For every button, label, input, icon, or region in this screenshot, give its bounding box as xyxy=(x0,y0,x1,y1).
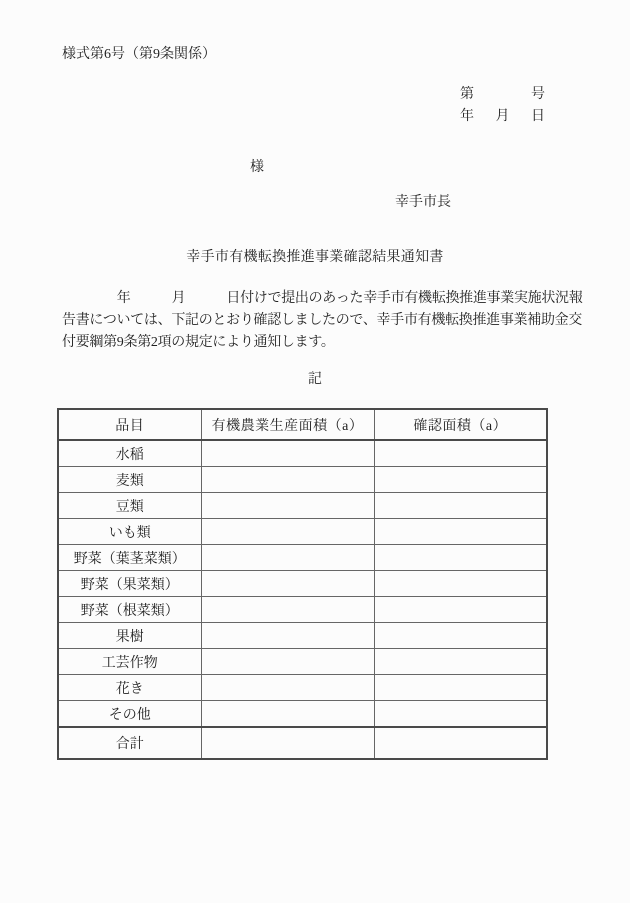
item-cell: その他 xyxy=(58,701,201,728)
production-area-cell xyxy=(201,701,374,728)
confirmed-area-cell xyxy=(374,727,547,759)
confirmed-area-cell xyxy=(374,519,547,545)
confirmed-area-cell xyxy=(374,493,547,519)
confirmed-area-cell xyxy=(374,467,547,493)
confirmed-area-cell xyxy=(374,701,547,728)
production-area-cell xyxy=(201,493,374,519)
table-header-row: 品目 有機農業生産面積（a） 確認面積（a） xyxy=(58,409,547,440)
recipient-honorific: 様 xyxy=(250,156,264,176)
item-cell: 野菜（根菜類） xyxy=(58,597,201,623)
body-line: 告書については、下記のとおり確認しましたので、幸手市有機転換推進事業補助金交 xyxy=(62,310,582,332)
production-area-cell xyxy=(201,727,374,759)
table-row: 野菜（葉茎菜類） xyxy=(58,545,547,571)
production-area-cell xyxy=(201,467,374,493)
record-marker: 記 xyxy=(0,368,630,388)
table-row: 豆類 xyxy=(58,493,547,519)
production-area-cell xyxy=(201,545,374,571)
item-cell: いも類 xyxy=(58,519,201,545)
header-confirmed-area: 確認面積（a） xyxy=(374,409,547,440)
confirmation-result-table: 品目 有機農業生産面積（a） 確認面積（a） 水稲麦類豆類いも類野菜（葉茎菜類）… xyxy=(57,408,548,760)
confirmed-area-cell xyxy=(374,597,547,623)
item-cell: 麦類 xyxy=(58,467,201,493)
item-cell: 野菜（葉茎菜類） xyxy=(58,545,201,571)
production-area-cell xyxy=(201,440,374,467)
body-line: 付要綱第9条第2項の規定により通知します。 xyxy=(62,332,582,354)
doc-number-prefix: 第 xyxy=(460,84,474,106)
production-area-cell xyxy=(201,519,374,545)
item-cell: 水稲 xyxy=(58,440,201,467)
header-item: 品目 xyxy=(58,409,201,440)
doc-number-date-block: 第 号 年 月 日 xyxy=(460,84,545,128)
table-row: いも類 xyxy=(58,519,547,545)
item-cell: 果樹 xyxy=(58,623,201,649)
confirmed-area-cell xyxy=(374,571,547,597)
table-row: 花き xyxy=(58,675,547,701)
doc-number-line: 第 号 xyxy=(460,84,545,106)
table-row: その他 xyxy=(58,701,547,728)
form-number: 様式第6号（第9条関係） xyxy=(62,43,216,63)
confirmed-area-cell xyxy=(374,545,547,571)
table-row: 工芸作物 xyxy=(58,649,547,675)
item-cell: 工芸作物 xyxy=(58,649,201,675)
date-year-label: 年 xyxy=(460,106,474,128)
table-row: 水稲 xyxy=(58,440,547,467)
doc-number-suffix: 号 xyxy=(531,84,545,106)
item-cell: 野菜（果菜類） xyxy=(58,571,201,597)
body-paragraph: 年 月 日付けで提出のあった幸手市有機転換推進事業実施状況報 告書については、下… xyxy=(62,288,582,354)
total-row: 合計 xyxy=(58,727,547,759)
date-day-label: 日 xyxy=(531,106,545,128)
confirmed-area-cell xyxy=(374,440,547,467)
items-tbody: 水稲麦類豆類いも類野菜（葉茎菜類）野菜（果菜類）野菜（根菜類）果樹工芸作物花きそ… xyxy=(58,440,547,759)
production-area-cell xyxy=(201,675,374,701)
table-row: 麦類 xyxy=(58,467,547,493)
table-row: 野菜（根菜類） xyxy=(58,597,547,623)
production-area-cell xyxy=(201,623,374,649)
table-row: 果樹 xyxy=(58,623,547,649)
page-title: 幸手市有機転換推進事業確認結果通知書 xyxy=(0,246,630,266)
production-area-cell xyxy=(201,597,374,623)
confirmed-area-cell xyxy=(374,649,547,675)
item-cell: 合計 xyxy=(58,727,201,759)
body-line: 年 月 日付けで提出のあった幸手市有機転換推進事業実施状況報 xyxy=(62,288,582,310)
production-area-cell xyxy=(201,571,374,597)
date-line: 年 月 日 xyxy=(460,106,545,128)
document-page: 様式第6号（第9条関係） 第 号 年 月 日 様 幸手市長 幸手市有機転換推進事… xyxy=(0,0,630,903)
item-cell: 花き xyxy=(58,675,201,701)
date-month-label: 月 xyxy=(496,106,510,128)
confirmed-area-cell xyxy=(374,623,547,649)
sender-name: 幸手市長 xyxy=(395,191,451,211)
table-row: 野菜（果菜類） xyxy=(58,571,547,597)
confirmed-area-cell xyxy=(374,675,547,701)
item-cell: 豆類 xyxy=(58,493,201,519)
header-production-area: 有機農業生産面積（a） xyxy=(201,409,374,440)
production-area-cell xyxy=(201,649,374,675)
